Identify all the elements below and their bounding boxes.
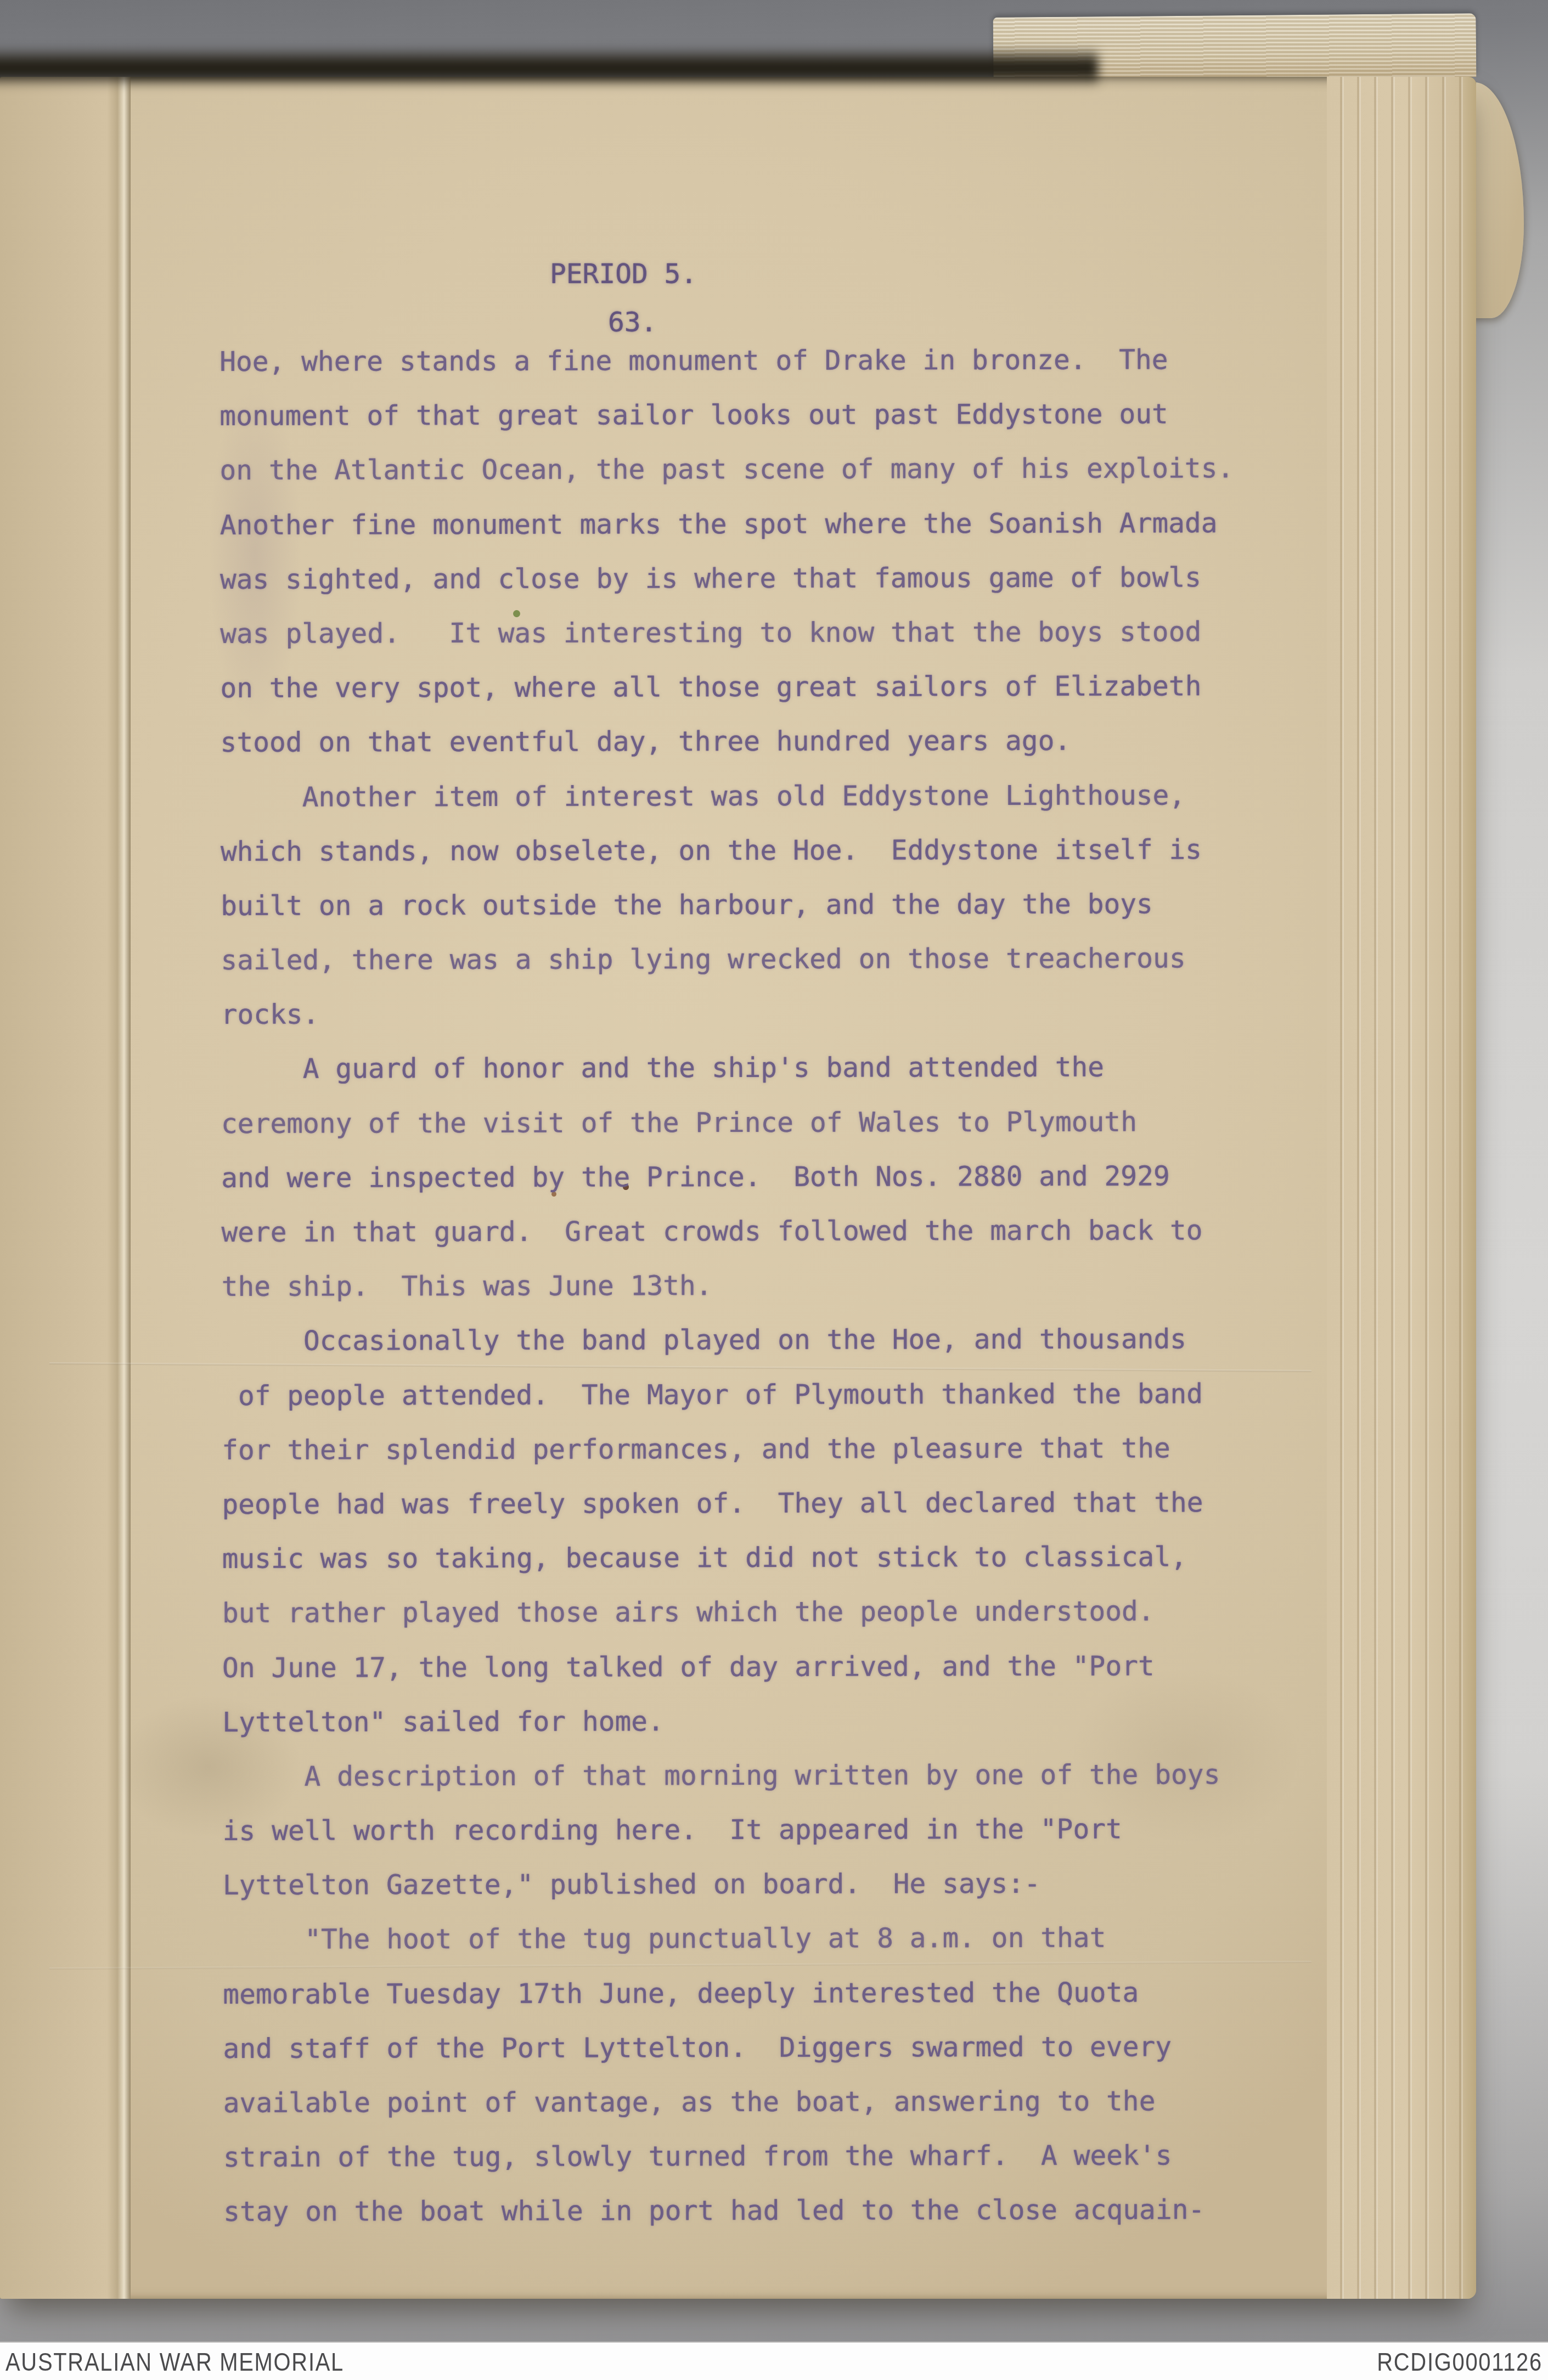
- typed-line: Another fine monument marks the spot whe…: [220, 495, 1296, 552]
- record-id: RCDIG0001126: [1377, 2347, 1543, 2377]
- typed-line: music was so taking, because it did not …: [222, 1530, 1298, 1586]
- typed-line: built on a rock outside the harbour, and…: [221, 877, 1296, 933]
- archive-name: AUSTRALIAN WAR MEMORIAL: [5, 2347, 344, 2377]
- typed-line: and were inspected by the Prince. Both N…: [221, 1149, 1297, 1205]
- typed-line: On June 17, the long talked of day arriv…: [222, 1638, 1298, 1695]
- scanned-document-photo: PERIOD 5. 63. Hoe, where stands a fine m…: [0, 0, 1548, 2380]
- typed-line: of people attended. The Mayor of Plymout…: [222, 1366, 1297, 1423]
- page-edge-stack: [1327, 77, 1476, 2299]
- typed-line: A guard of honor and the ship's band att…: [221, 1040, 1297, 1096]
- typed-line: for their splendid performances, and the…: [222, 1421, 1297, 1477]
- typed-line: ceremony of the visit of the Prince of W…: [221, 1095, 1297, 1151]
- typed-line: was sighted, and close by is where that …: [220, 550, 1296, 607]
- typed-line: but rather played those airs which the p…: [222, 1584, 1298, 1640]
- typed-line: rocks.: [221, 985, 1296, 1042]
- typed-line: the ship. This was June 13th.: [222, 1257, 1297, 1314]
- typed-line: A description of that morning written by…: [222, 1747, 1298, 1804]
- typed-line: Occasionally the band played on the Hoe,…: [222, 1312, 1297, 1368]
- typed-line: sailed, there was a ship lying wrecked o…: [221, 931, 1296, 988]
- typed-line: was played. It was interesting to know t…: [220, 605, 1296, 661]
- typed-line: stay on the boat while in port had led t…: [223, 2182, 1299, 2239]
- page-fold-edge: [0, 77, 131, 2299]
- typed-line: people had was freely spoken of. They al…: [222, 1475, 1297, 1532]
- typed-line: on the very spot, where all those great …: [220, 659, 1296, 715]
- book-page: PERIOD 5. 63. Hoe, where stands a fine m…: [0, 77, 1476, 2299]
- typed-line: memorable Tuesday 17th June, deeply inte…: [223, 1965, 1298, 2022]
- typed-line: were in that guard. Great crowds followe…: [221, 1203, 1297, 1260]
- typed-line: available point of vantage, as the boat,…: [223, 2074, 1299, 2130]
- typed-line: Lyttelton Gazette," published on board. …: [223, 1856, 1298, 1913]
- typed-line: on the Atlantic Ocean, the past scene of…: [219, 441, 1295, 498]
- typed-line: monument of that great sailor looks out …: [219, 387, 1295, 443]
- typed-line: Another item of interest was old Eddysto…: [221, 768, 1296, 824]
- typed-line: is well worth recording here. It appeare…: [223, 1802, 1298, 1858]
- page-heading: PERIOD 5.: [550, 258, 697, 290]
- footer-bar: AUSTRALIAN WAR MEMORIAL RCDIG0001126: [0, 2342, 1548, 2380]
- typed-line: "The hoot of the tug punctually at 8 a.m…: [223, 1910, 1298, 1967]
- typed-line: and staff of the Port Lyttelton. Diggers…: [223, 2020, 1298, 2076]
- typed-line: which stands, now obselete, on the Hoe. …: [221, 822, 1296, 879]
- typed-line: Lyttelton" sailed for home.: [222, 1693, 1298, 1750]
- page-stack-top-edge: [993, 13, 1477, 81]
- typed-line: strain of the tug, slowly turned from th…: [223, 2128, 1299, 2185]
- typed-text-block: Hoe, where stands a fine monument of Dra…: [219, 332, 1299, 2240]
- typed-line: stood on that eventful day, three hundre…: [220, 713, 1296, 770]
- typed-line: Hoe, where stands a fine monument of Dra…: [219, 332, 1295, 389]
